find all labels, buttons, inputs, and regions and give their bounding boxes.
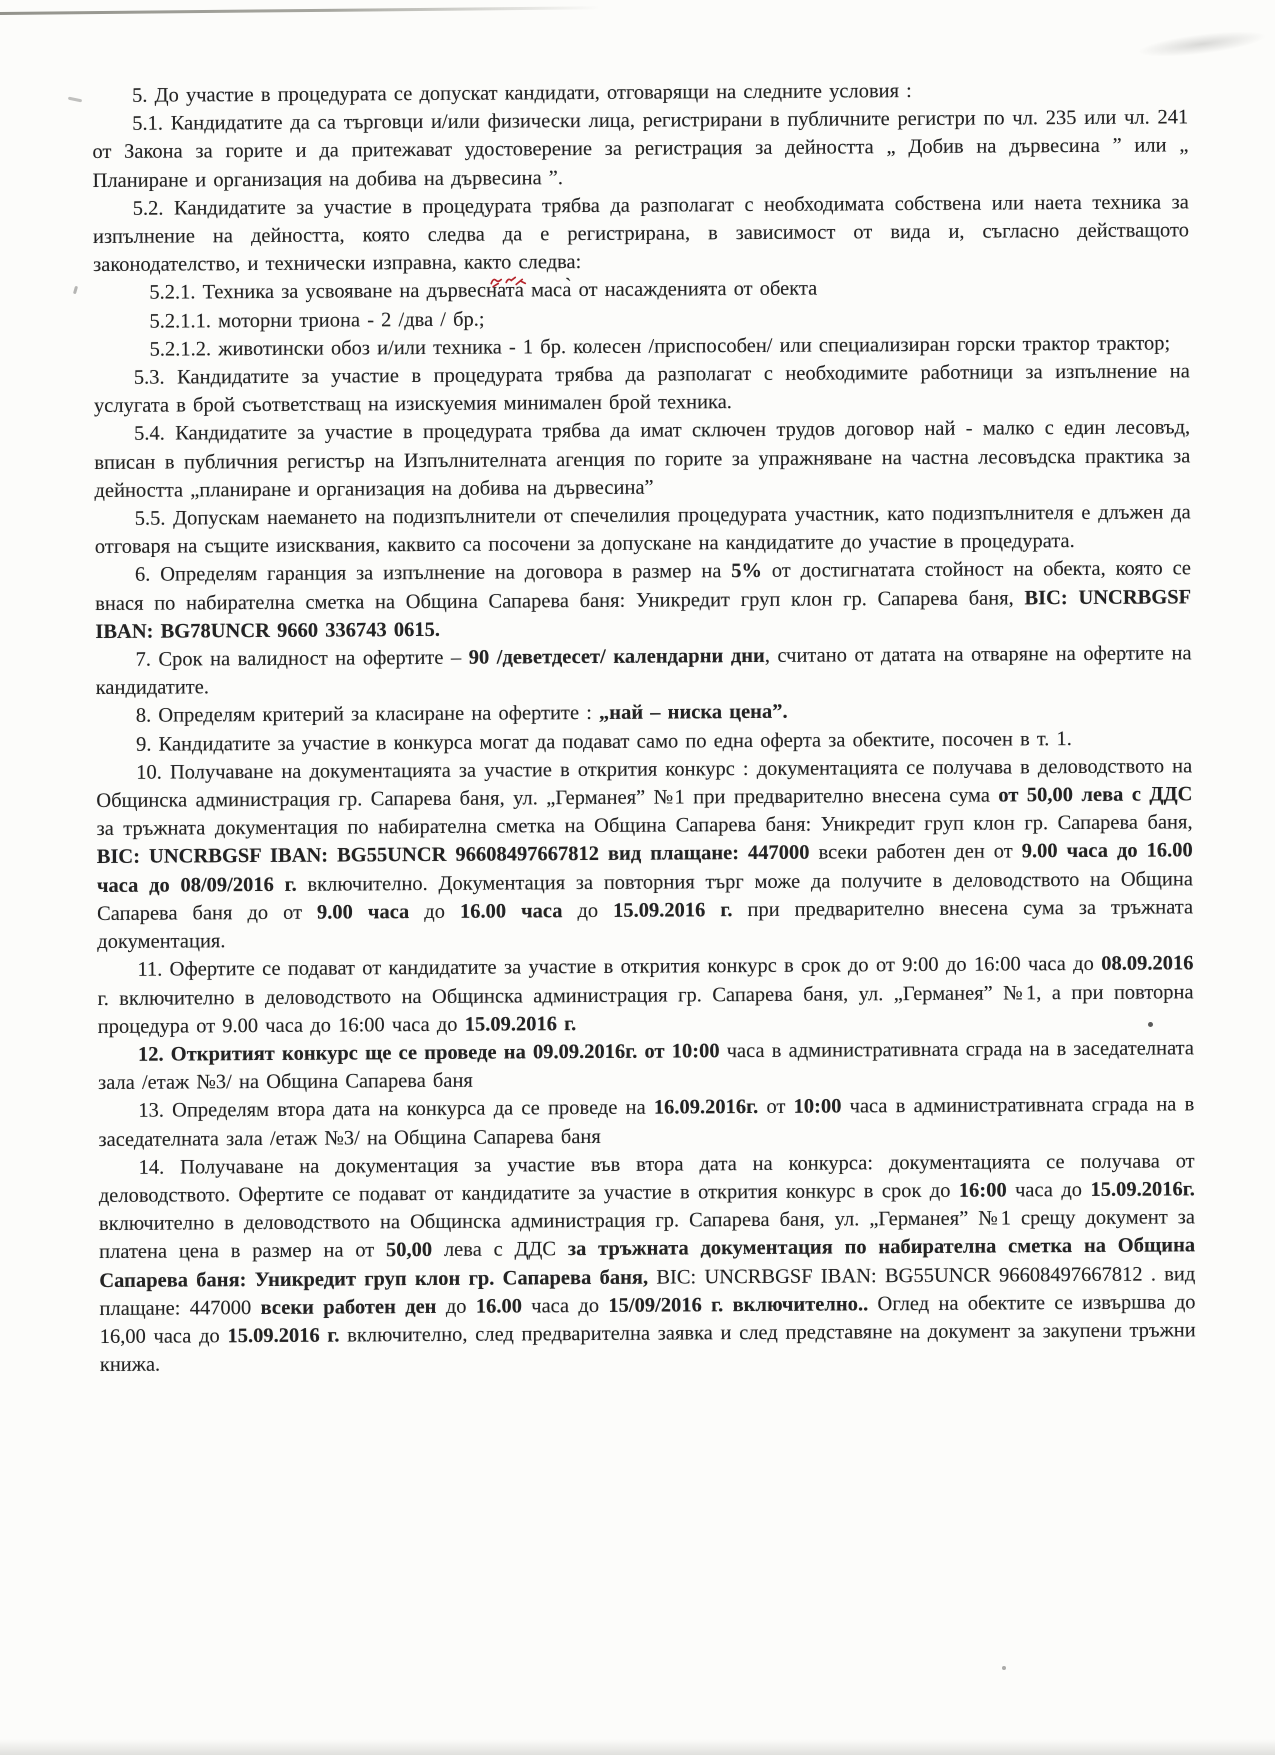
text-run: 5.4. Кандидатите за участие в процедурат… [94,417,1190,502]
paragraph-5-4: 5.4. Кандидатите за участие в процедурат… [94,414,1190,505]
text-run: 16:00 [959,1179,1007,1201]
text-run: 15/09/2016 г. [608,1294,723,1317]
text-run: 5.1. Кандидатите да са търговци и/или фи… [92,107,1188,192]
scan-shadow-artifact [0,1739,1275,1755]
text-run: 5.2.1. Техника за усвояване на дървеснат… [149,280,524,304]
scan-mark-artifact [73,286,78,295]
text-run: 11. Офертите се подават от кандидатите з… [137,953,1101,981]
text-run: BIC: UNCRBGSF IBAN: BG55UNCR 96608497667… [97,842,810,868]
text-run: часа до [522,1295,609,1318]
text-run: 5.5. Допускам наемането на подизпълнител… [95,501,1191,558]
paragraph-7: 7. Срок на валидност на офертите – 90 /д… [95,639,1191,702]
text-run: 5. До участие в процедурата се допускат … [132,80,912,107]
text-run: от 50,00 лева с ДДС [998,783,1192,806]
scan-artifact-line [0,6,600,15]
text-run: 16.00 [476,1295,522,1317]
paragraph-13: 13. Определям втора дата на конкурса да … [98,1091,1194,1154]
text-run: 16.00 часа [460,900,563,923]
text-run: всеки работен ден от [809,841,1021,864]
paragraph-10: 10. Получаване на документацията за учас… [96,752,1193,956]
text-run: 5.2.1.1. моторни триона - 2 /два / бр.; [149,308,484,332]
text-run: часа до [1007,1179,1091,1202]
text-run: 9. Кандидатите за участие в конкурса мог… [136,728,1072,756]
text-run: маса̀ от насажденията от обекта [524,278,817,302]
text-run: 5.3. Кандидатите за участие в процедурат… [94,360,1190,417]
paragraph-12: 12. Откритият конкурс ще се проведе на 0… [98,1034,1194,1097]
text-run: 7. Срок на валидност на офертите – [135,647,468,671]
text-run: 90 /деветдесет/ календарни дни [469,645,765,669]
text-run: всеки работен ден [261,1296,437,1319]
text-run: до [436,1295,475,1317]
text-run: 13. Определям втора дата на конкурса да … [138,1097,654,1122]
paragraph-5-1: 5.1. Кандидатите да са търговци и/или фи… [92,104,1188,195]
scan-smudge-artifact [1136,26,1267,62]
text-run: 5.2.1.2. животински обоз и/или техника -… [150,332,1171,360]
paragraph-5-3: 5.3. Кандидатите за участие в процедурат… [94,357,1190,420]
document-body: 5. До участие в процедурата се допускат … [92,75,1196,1379]
paragraph-6: 6. Определям гаранция за изпълнение на д… [95,555,1191,646]
paragraph-11: 11. Офертите се подават от кандидатите з… [97,950,1193,1041]
text-run: 6. Определям гаранция за изпълнение на д… [135,561,731,587]
text-run: 5.2. Кандидатите за участие в процедурат… [93,191,1189,276]
scan-mark-artifact [68,97,82,103]
text-run: 10:00 [794,1096,842,1118]
text-run: 15.09.2016г. [1090,1178,1195,1201]
text-run: 9.00 часа [317,901,409,924]
text-run: 16.09.2016г. [654,1096,759,1119]
text-run: до [409,901,460,923]
paragraph-5-5: 5.5. Допускам наемането на подизпълнител… [95,498,1191,561]
text-run: 15.09.2016 г. [465,1013,577,1036]
text-run: г. включително в деловодството на Общинс… [98,981,1194,1038]
text-run: 08.09.2016 [1101,953,1193,976]
text-run: за тръжната документация по набирателна … [96,812,1192,841]
text-run [723,1294,732,1316]
text-run: 8. Определям критерий за класиране на оф… [136,702,599,727]
text-run: 5% [731,560,762,582]
ink-dot-artifact [1002,1666,1006,1670]
text-run: включително.. [732,1293,868,1316]
text-run: „най – ниска цена”. [599,701,788,724]
text-run: от [758,1096,793,1118]
text-run: лева с ДДС [432,1238,568,1261]
paragraph-5-2: 5.2. Кандидатите за участие в процедурат… [93,188,1189,279]
text-run: 15.09.2016 г. [613,899,732,922]
text-run: 12. Откритият конкурс ще се проведе на 0… [138,1040,720,1066]
text-run: до [562,900,613,922]
text-run: 50,00 [386,1239,432,1261]
text-run: 15.09.2016 г. [227,1324,339,1347]
paragraph-14: 14. Получаване на документация за участи… [99,1147,1196,1379]
scanned-document-page: 5. До участие в процедурата се допускат … [0,0,1275,1755]
